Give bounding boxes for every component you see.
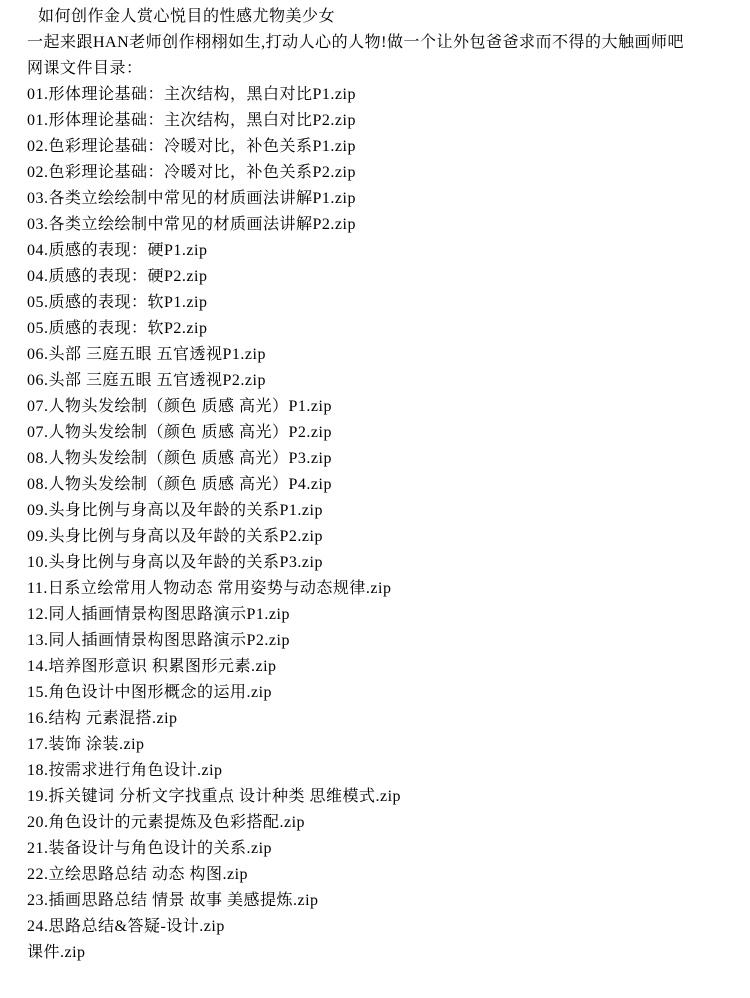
file-list-item: 03.各类立绘绘制中常见的材质画法讲解P2.zip [0,212,750,238]
file-list-item: 04.质感的表现：硬P1.zip [0,238,750,264]
file-list-item: 08.人物头发绘制（颜色 质感 高光）P3.zip [0,446,750,472]
file-list-item: 17.装饰 涂装.zip [0,732,750,758]
file-list-item: 21.装备设计与角色设计的关系.zip [0,836,750,862]
file-list-item: 20.角色设计的元素提炼及色彩搭配.zip [0,810,750,836]
file-list-item: 24.思路总结&答疑-设计.zip [0,914,750,940]
file-list: 01.形体理论基础：主次结构，黑白对比P1.zip01.形体理论基础：主次结构，… [0,82,750,966]
document-page: 如何创作金人赏心悦目的性感尤物美少女 一起来跟HAN老师创作栩栩如生,打动人心的… [0,0,750,998]
file-list-item: 15.角色设计中图形概念的运用.zip [0,680,750,706]
course-title: 如何创作金人赏心悦目的性感尤物美少女 [0,4,750,30]
file-list-item: 03.各类立绘绘制中常见的材质画法讲解P1.zip [0,186,750,212]
file-list-item: 04.质感的表现：硬P2.zip [0,264,750,290]
file-list-item: 05.质感的表现：软P1.zip [0,290,750,316]
file-list-item: 09.头身比例与身高以及年龄的关系P2.zip [0,524,750,550]
file-list-item: 02.色彩理论基础：冷暖对比，补色关系P1.zip [0,134,750,160]
file-list-item: 课件.zip [0,940,750,966]
file-list-item: 08.人物头发绘制（颜色 质感 高光）P4.zip [0,472,750,498]
file-list-item: 13.同人插画情景构图思路演示P2.zip [0,628,750,654]
file-list-item: 16.结构 元素混搭.zip [0,706,750,732]
file-list-item: 01.形体理论基础：主次结构，黑白对比P2.zip [0,108,750,134]
file-list-item: 07.人物头发绘制（颜色 质感 高光）P1.zip [0,394,750,420]
file-list-item: 06.头部 三庭五眼 五官透视P1.zip [0,342,750,368]
file-list-item: 12.同人插画情景构图思路演示P1.zip [0,602,750,628]
file-list-item: 02.色彩理论基础：冷暖对比，补色关系P2.zip [0,160,750,186]
file-list-item: 23.插画思路总结 情景 故事 美感提炼.zip [0,888,750,914]
file-list-item: 06.头部 三庭五眼 五官透视P2.zip [0,368,750,394]
file-list-item: 22.立绘思路总结 动态 构图.zip [0,862,750,888]
file-list-item: 10.头身比例与身高以及年龄的关系P3.zip [0,550,750,576]
directory-heading: 网课文件目录： [0,56,750,82]
file-list-item: 05.质感的表现：软P2.zip [0,316,750,342]
file-list-item: 09.头身比例与身高以及年龄的关系P1.zip [0,498,750,524]
course-subtitle: 一起来跟HAN老师创作栩栩如生,打动人心的人物!做一个让外包爸爸求而不得的大触画… [0,30,750,56]
file-list-item: 18.按需求进行角色设计.zip [0,758,750,784]
file-list-item: 11.日系立绘常用人物动态 常用姿势与动态规律.zip [0,576,750,602]
file-list-item: 19.拆关键词 分析文字找重点 设计种类 思维模式.zip [0,784,750,810]
file-list-item: 14.培养图形意识 积累图形元素.zip [0,654,750,680]
file-list-item: 01.形体理论基础：主次结构，黑白对比P1.zip [0,82,750,108]
file-list-item: 07.人物头发绘制（颜色 质感 高光）P2.zip [0,420,750,446]
